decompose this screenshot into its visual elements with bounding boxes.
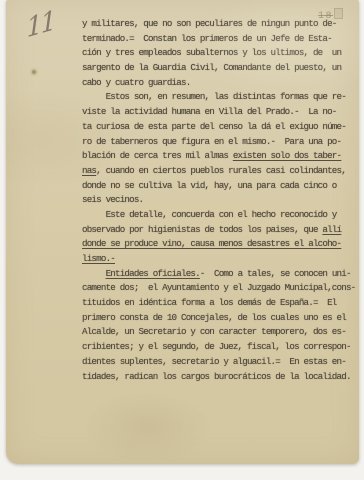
typed-line: Entidades oficiales.- Como a tales, se c… — [82, 267, 354, 282]
typed-text: ción y tres empleados subalternos y los … — [82, 47, 341, 58]
typed-text: - Como a tales, se conocen uni- — [200, 268, 351, 279]
typed-text: Este detalle, concuerda con el hecho rec… — [82, 209, 337, 220]
typed-line: donde no se cultiva la vid, hay, una par… — [82, 179, 354, 194]
typed-line: y militares, que no son peculiares de ni… — [82, 17, 354, 32]
typed-text: camente dos; el Ayuntamiento y el Juzgad… — [82, 282, 355, 293]
typed-text: dientes suplentes, secretario y alguacil… — [82, 356, 346, 367]
typed-line: cabo y cuatro guardias. — [82, 76, 354, 91]
typed-text: cribientes; y el segundo, de Juez, fisca… — [82, 341, 351, 352]
underlined-text: lismo.- — [82, 253, 115, 264]
typed-line: donde se produce vino, causa menos desas… — [82, 237, 354, 252]
typed-text: sargento de la Guardia Civil, Comandante… — [82, 62, 341, 73]
typed-text: cabo y cuatro guardias. — [82, 77, 190, 88]
typed-line: dientes suplentes, secretario y alguacil… — [82, 355, 354, 370]
typed-line: camente dos; el Ayuntamiento y el Juzgad… — [82, 281, 354, 296]
typed-text — [82, 268, 106, 279]
underlined-text: Entidades oficiales. — [106, 268, 200, 279]
typed-text: viste la actividad humana en Villa del P… — [82, 106, 337, 117]
typed-text: , cuando en ciertos pueblos rurales casi… — [96, 165, 346, 176]
typed-line: lismo.- — [82, 252, 354, 267]
typed-line: cribientes; y el segundo, de Juez, fisca… — [82, 340, 354, 355]
typed-line: nas, cuando en ciertos pueblos rurales c… — [82, 164, 354, 179]
typed-line: ta curiosa de esta parte del censo la dá… — [82, 120, 354, 135]
typed-line: seis vecinos. — [82, 193, 354, 208]
typed-line: terminado.= Constan los primeros de un J… — [82, 32, 354, 47]
underlined-text: nas — [82, 165, 96, 176]
typed-line: blación de cerca tres mil almas existen … — [82, 149, 354, 164]
typed-line: viste la actividad humana en Villa del P… — [82, 105, 354, 120]
typed-text: terminado.= Constan los primeros de un J… — [82, 33, 332, 44]
margin-mark — [32, 70, 36, 74]
document-page: 11 18 y militares, que no son peculiares… — [6, 0, 359, 464]
typed-line: primero consta de 10 Concejales, de los … — [82, 311, 354, 326]
typed-text: blación de cerca tres mil almas — [82, 150, 233, 161]
typewritten-text: y militares, que no son peculiares de ni… — [82, 17, 354, 384]
typed-text: primero consta de 10 Concejales, de los … — [82, 312, 346, 323]
typed-line: Este detalle, concuerda con el hecho rec… — [82, 208, 354, 223]
typed-line: tidades, radican los cargos burocráticos… — [82, 370, 354, 385]
typed-line: Alcalde, un Secretario y con caracter te… — [82, 325, 354, 340]
typed-text: Estos son, en resumen, las distintas for… — [82, 91, 346, 102]
typed-text: tidades, radican los cargos burocráticos… — [82, 371, 351, 382]
typed-text: ta curiosa de esta parte del censo la dá… — [82, 121, 346, 132]
typed-text: y militares, que no son peculiares de ni… — [82, 18, 337, 29]
typed-line: sargento de la Guardia Civil, Comandante… — [82, 61, 354, 76]
typed-text: Alcalde, un Secretario y con caracter te… — [82, 326, 346, 337]
underlined-text: existen solo dos taber- — [233, 150, 341, 161]
underlined-text: allí — [322, 224, 341, 235]
typed-text: seis vecinos. — [82, 194, 143, 205]
typed-line: Estos son, en resumen, las distintas for… — [82, 90, 354, 105]
scan-background: 11 18 y militares, que no son peculiares… — [0, 0, 364, 480]
typed-text: tituidos en idéntica forma a los demás d… — [82, 297, 337, 308]
typed-line: ro de taberneros que figura en el mismo.… — [82, 135, 354, 150]
typed-text: ro de taberneros que figura en el mismo.… — [82, 136, 341, 147]
typed-text: donde no se cultiva la vid, hay, una par… — [82, 180, 337, 191]
typed-text: observado por higienistas de todos los p… — [82, 224, 322, 235]
handwritten-page-number: 11 — [26, 8, 55, 43]
typed-line: ción y tres empleados subalternos y los … — [82, 46, 354, 61]
underlined-text: donde se produce vino, causa menos desas… — [82, 238, 341, 249]
typed-line: observado por higienistas de todos los p… — [82, 223, 354, 238]
typed-line: tituidos en idéntica forma a los demás d… — [82, 296, 354, 311]
